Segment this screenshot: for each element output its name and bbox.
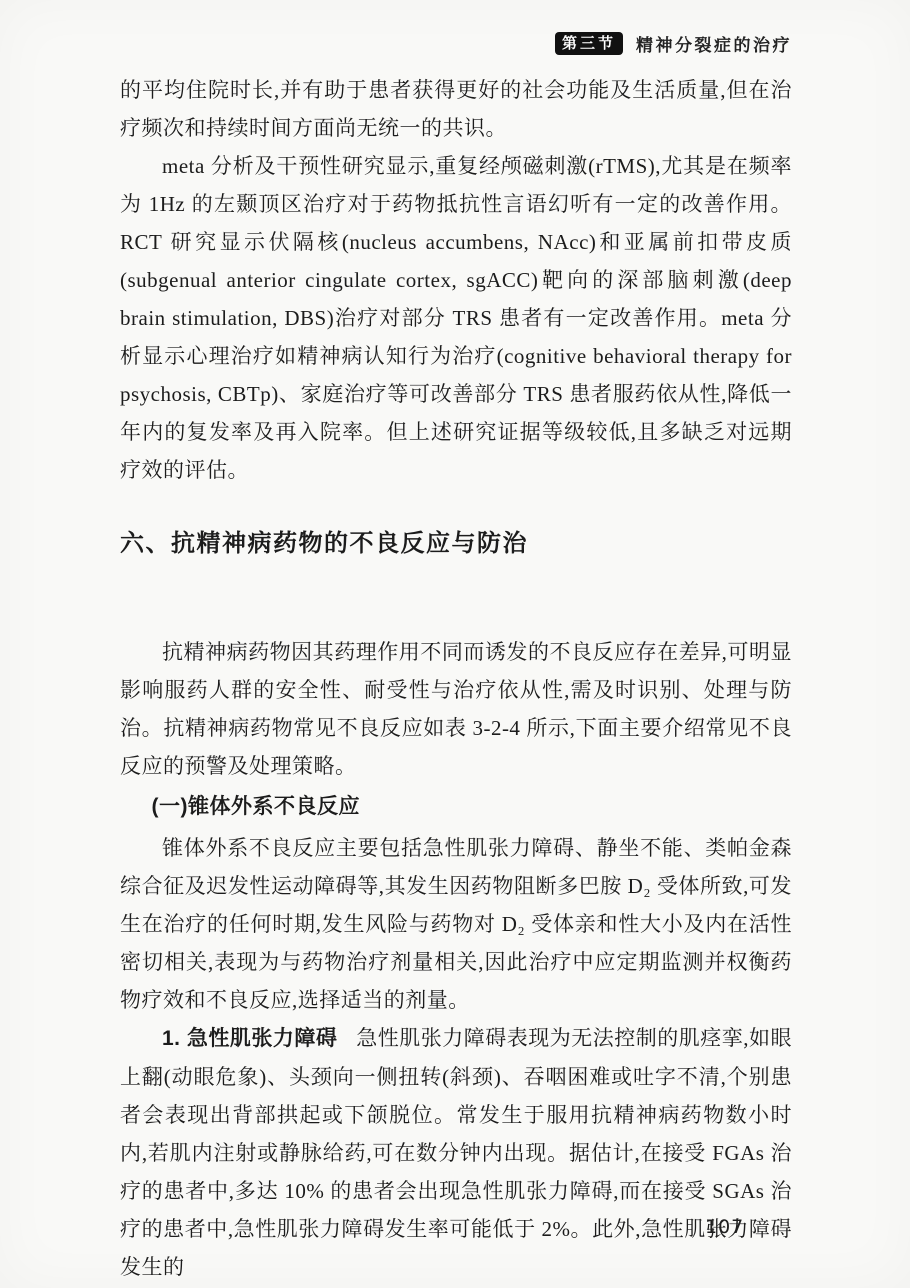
paragraph-continuation: 的平均住院时长,并有助于患者获得更好的社会功能及生活质量,但在治疗频次和持续时间… — [120, 71, 792, 147]
running-title: 精神分裂症的治疗 — [636, 31, 792, 56]
paragraph-meta-analysis: meta 分析及干预性研究显示,重复经颅磁刺激(rTMS),尤其是在频率为 1H… — [120, 147, 792, 489]
eps-paragraph-text: 锥体外系不良反应主要包括急性肌张力障碍、静坐不能、类帕金森综合征及迟发性运动障碍… — [120, 836, 792, 1012]
subsection-heading: (一)锥体外系不良反应 — [120, 785, 792, 829]
page-number: 107 — [705, 1216, 744, 1238]
section-badge: 第三节 — [555, 32, 623, 55]
paragraph-acute-dystonia: 1. 急性肌张力障碍急性肌张力障碍表现为无法控制的肌痉挛,如眼上翻(动眼危象)、… — [120, 1019, 792, 1286]
paragraph-eps-overview: 锥体外系不良反应主要包括急性肌张力障碍、静坐不能、类帕金森综合征及迟发性运动障碍… — [120, 829, 792, 1019]
page-body: 的平均住院时长,并有助于患者获得更好的社会功能及生活质量,但在治疗频次和持续时间… — [120, 71, 792, 1286]
book-page: 第三节 精神分裂症的治疗 的平均住院时长,并有助于患者获得更好的社会功能及生活质… — [0, 0, 910, 1288]
paragraph-adverse-intro: 抗精神病药物因其药理作用不同而诱发的不良反应存在差异,可明显影响服药人群的安全性… — [120, 633, 792, 785]
acute-dystonia-text: 急性肌张力障碍表现为无法控制的肌痉挛,如眼上翻(动眼危象)、头颈向一侧扭转(斜颈… — [120, 1026, 792, 1279]
section-heading: 六、抗精神病药物的不良反应与防治 — [120, 527, 792, 561]
acute-dystonia-label: 1. 急性肌张力障碍 — [162, 1027, 337, 1050]
page-header: 第三节 精神分裂症的治疗 — [555, 31, 792, 56]
